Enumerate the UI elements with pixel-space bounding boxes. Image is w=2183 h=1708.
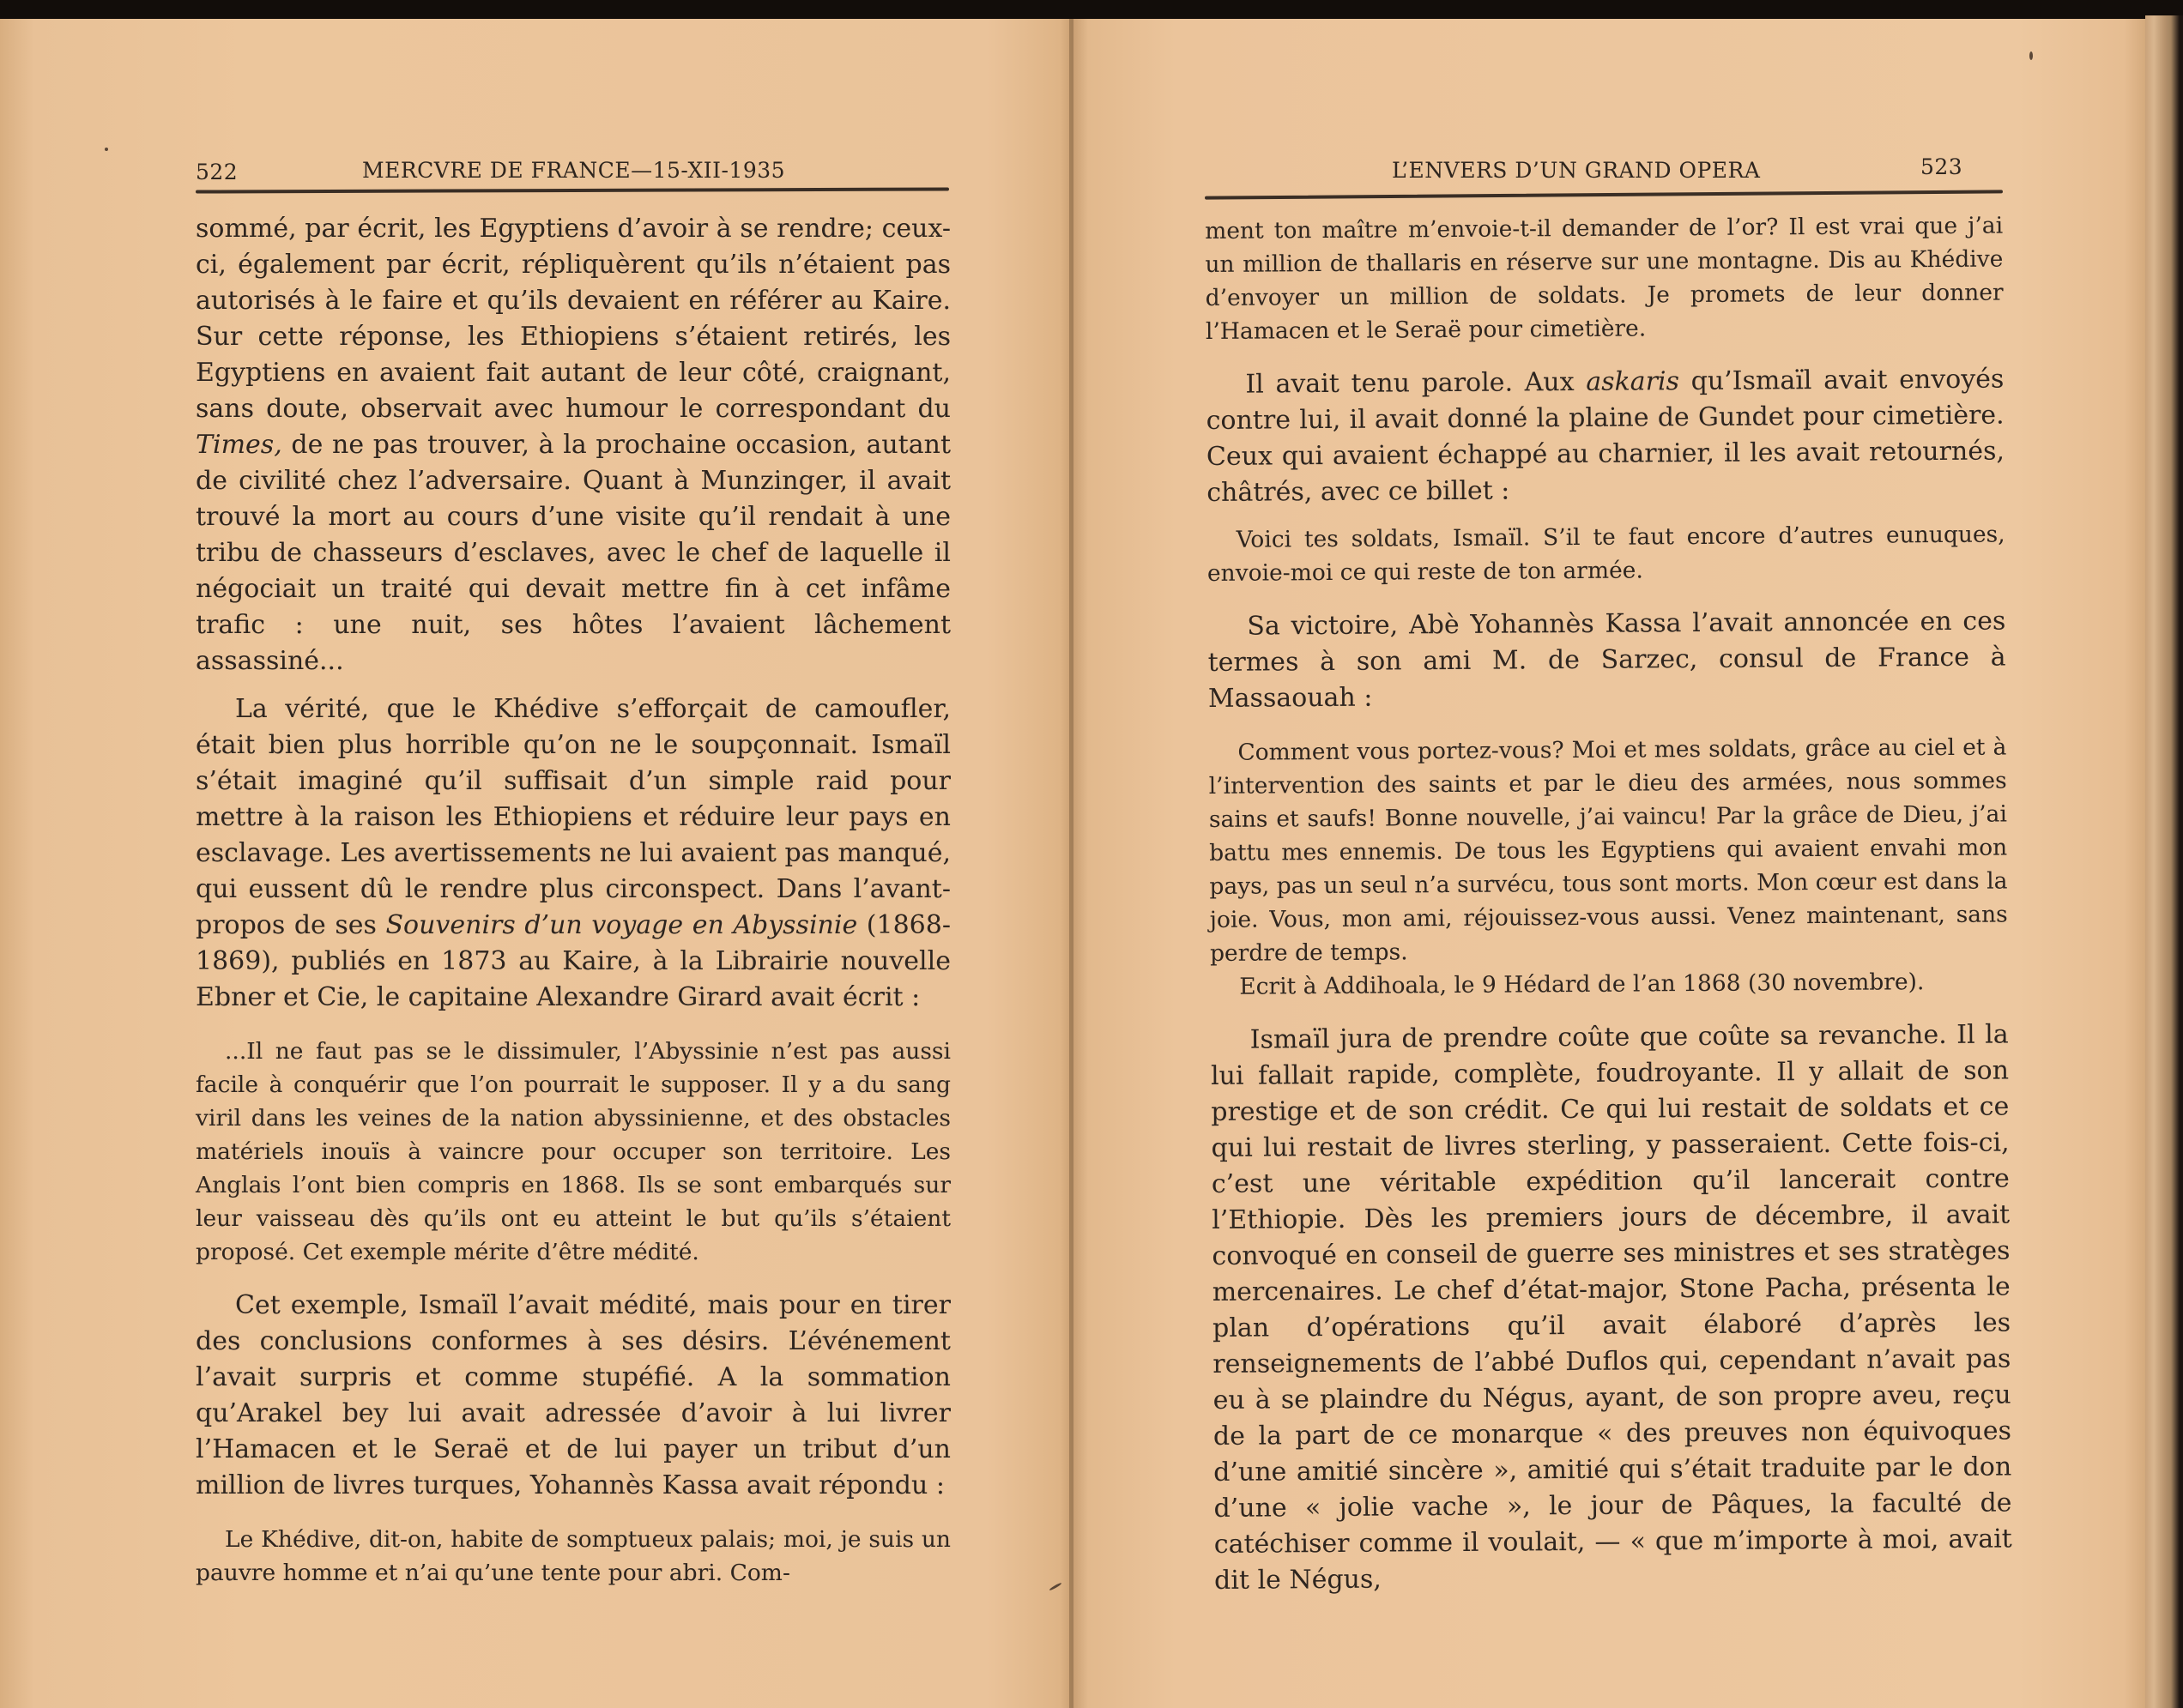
page-edges: [2145, 15, 2183, 1708]
paragraph: La vérité, que le Khédive s’efforçait de…: [196, 691, 951, 1016]
left-running-head: MERCVRE DE FRANCE—15-XII-1935: [362, 158, 785, 183]
paragraph: Cet exemple, Ismaïl l’avait médité, mais…: [196, 1288, 951, 1504]
block-quote-continued: ment ton maître m’envoie-t-il demander d…: [1205, 209, 2004, 348]
italic-title: Souvenirs d’un voyage en Abyssinie: [386, 910, 858, 940]
paragraph: Ismaïl jura de prendre coûte que coûte s…: [1211, 1017, 2013, 1598]
right-running-head: L’ENVERS D’UN GRAND OPERA: [1392, 158, 1760, 183]
left-page-text: sommé, par écrit, les Egyptiens d’avoir …: [196, 211, 951, 1590]
block-quote: Comment vous portez-vous? Moi et mes sol…: [1208, 730, 2008, 969]
block-quote: Voici tes soldats, Ismaïl. S’il te faut …: [1207, 517, 2006, 589]
paragraph: sommé, par écrit, les Egyptiens d’avoir …: [196, 211, 951, 679]
paper-speck: [2029, 51, 2033, 60]
italic-word: askaris: [1586, 366, 1679, 397]
paragraph: Sa victoire, Abè Yohannès Kassa l’avait …: [1207, 603, 2006, 716]
paragraph: Il avait tenu parole. Aux askaris qu’Ism…: [1206, 362, 2005, 511]
letter-dateline: Ecrit à Addihoala, le 9 Hédard de l’an 1…: [1210, 964, 2008, 1003]
right-page-number: 523: [1920, 154, 1962, 179]
block-quote: Le Khédive, dit-on, habite de somptueux …: [196, 1523, 951, 1590]
right-page-text: ment ton maître m’envoie-t-il demander d…: [1205, 209, 2012, 1599]
block-quote: ...Il ne faut pas se le dissimuler, l’Ab…: [196, 1035, 951, 1269]
paper-speck: [105, 148, 108, 151]
italic-title: Times,: [196, 430, 282, 460]
left-page-number: 522: [196, 160, 238, 184]
book-gutter: [1069, 19, 1073, 1708]
